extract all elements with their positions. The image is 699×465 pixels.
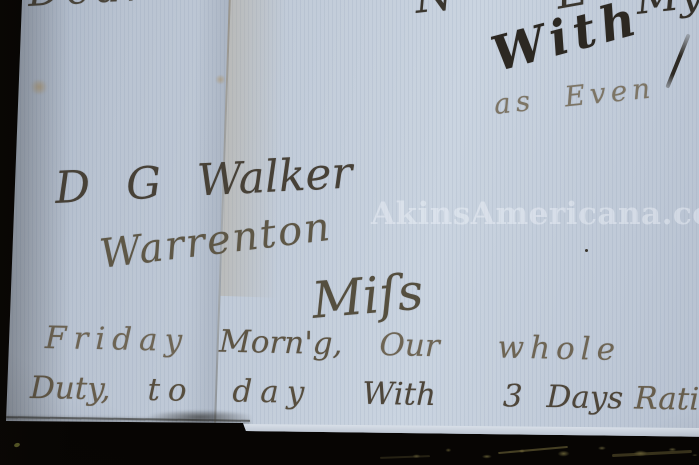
handwriting-word: 3 Days	[503, 378, 624, 416]
handwriting-word: to day	[147, 372, 312, 411]
paper-edge-smudge	[148, 410, 252, 424]
handwriting-word: Friday	[45, 320, 190, 359]
paper-stain	[30, 80, 48, 94]
handwriting-word: Morn'g,	[219, 324, 343, 363]
handwriting-word: Our	[379, 327, 440, 364]
ink-speck	[585, 249, 588, 252]
handwriting-word: Duty,	[30, 370, 111, 407]
handwriting-word: whole	[497, 329, 621, 368]
letter-photograph: Dear N L My With as Even D G Walker Warr…	[0, 0, 699, 465]
handwriting-word: Ratio	[634, 381, 699, 418]
watermark-text: AkinsAmericana.co	[371, 196, 699, 232]
handwriting-state-abbreviation: Miſs	[309, 262, 425, 329]
handwriting-fragment-top-middle: N	[412, 0, 456, 24]
paper-stain	[215, 75, 226, 84]
surface-speck	[13, 442, 20, 448]
paper-edge-line	[246, 430, 699, 435]
handwriting-word: With	[362, 376, 436, 413]
